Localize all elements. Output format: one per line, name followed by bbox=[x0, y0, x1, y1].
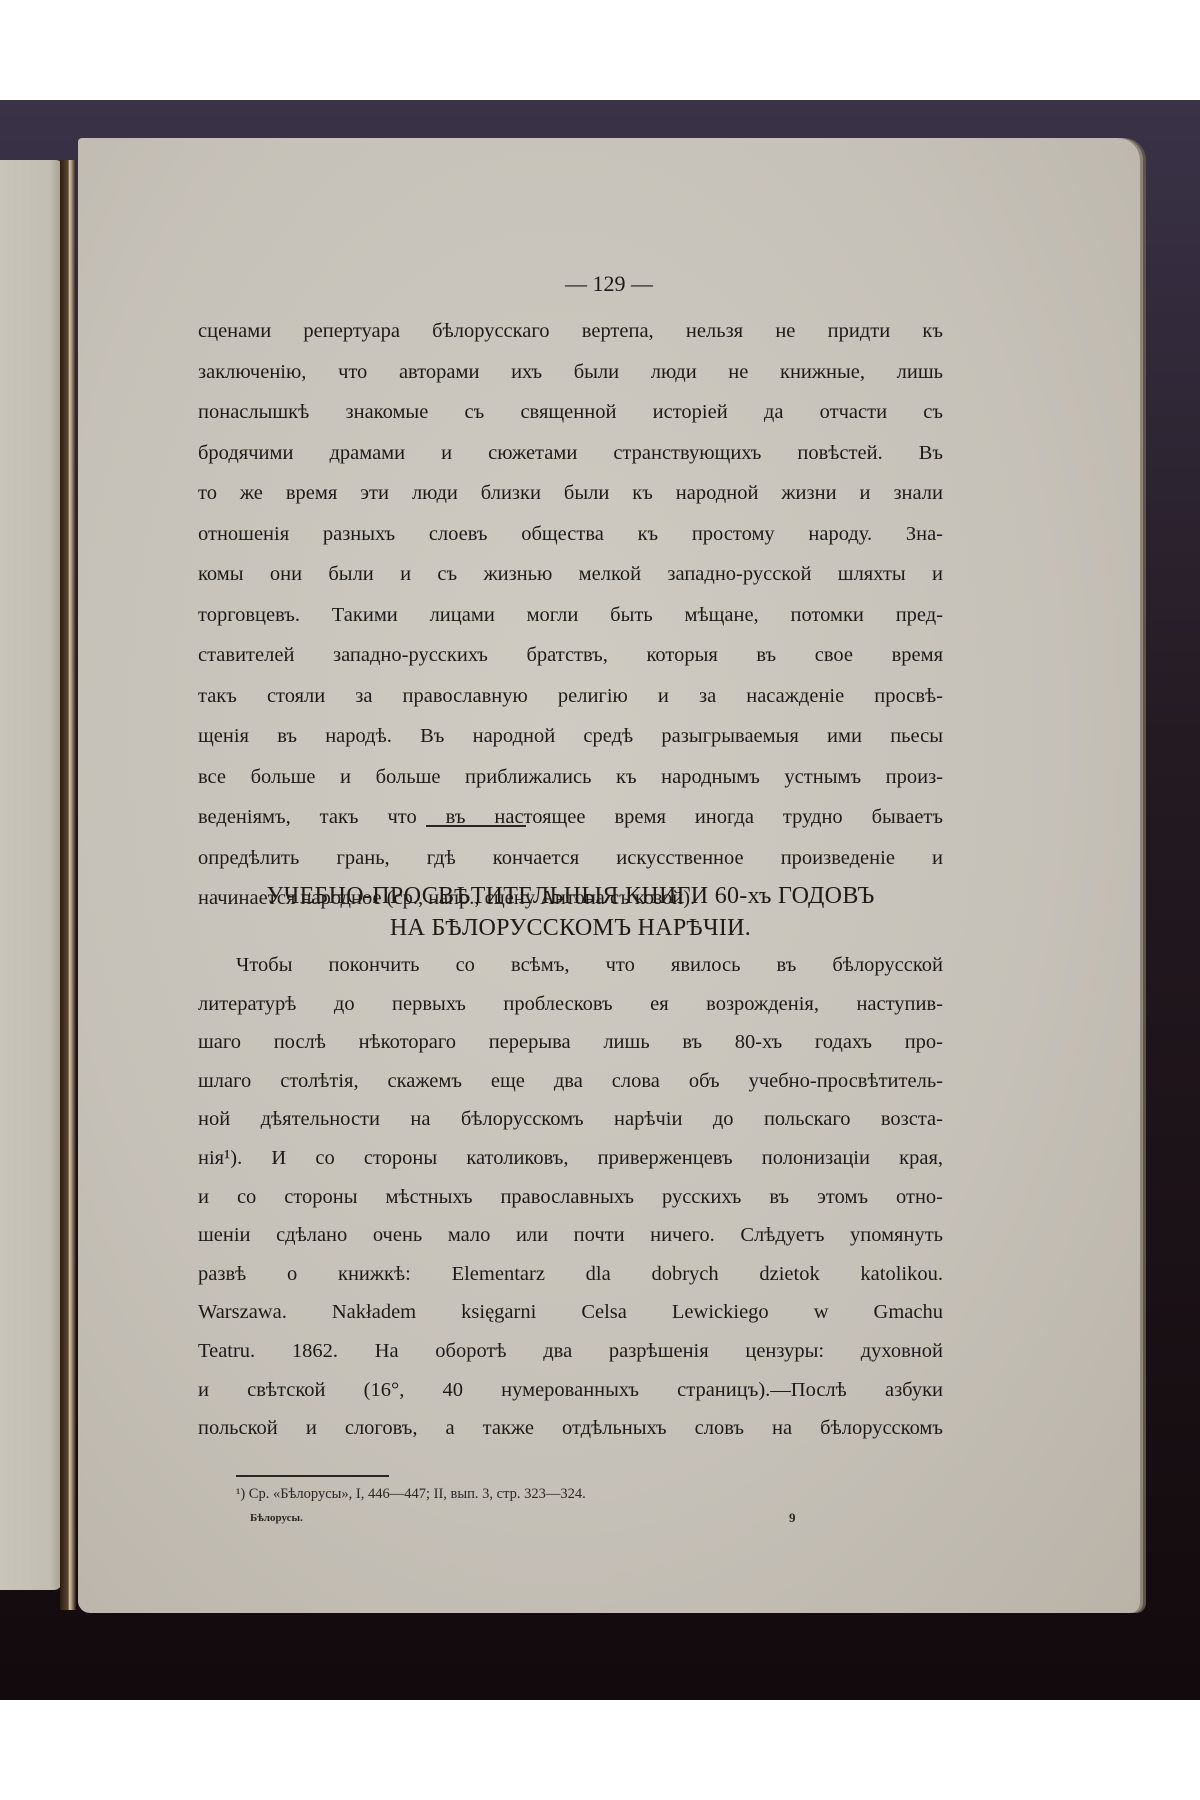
book-photo-background: — 129 — сценами репертуара бѣлорусскаго … bbox=[0, 100, 1200, 1700]
text-line: опредѣлить грань, гдѣ кончается искусств… bbox=[198, 838, 943, 879]
text-line: и свѣтской (16°, 40 нумерованныхъ страни… bbox=[198, 1371, 943, 1410]
text-line: веденіямъ, такъ что въ настоящее время и… bbox=[198, 797, 943, 838]
text-line: ной дѣятельности на бѣлорусскомъ нарѣчіи… bbox=[198, 1100, 943, 1139]
section-heading-line-2: НА БѢЛОРУССКОМЪ НАРѢЧІИ. bbox=[198, 912, 943, 944]
footnote: ¹) Ср. «Бѣлорусы», I, 446—447; II, вып. … bbox=[236, 1486, 586, 1503]
section-divider bbox=[426, 825, 526, 827]
text-line: развѣ о книжкѣ: Elementarz dla dobrych d… bbox=[198, 1255, 943, 1294]
text-line: отношенія разныхъ слоевъ общества къ про… bbox=[198, 514, 943, 555]
paragraph-1: сценами репертуара бѣлорусскаго вертепа,… bbox=[198, 311, 943, 919]
sheet-number: 9 bbox=[789, 1510, 796, 1526]
text-line: понаслышкѣ знакомые съ священной исторіе… bbox=[198, 392, 943, 433]
text-line: польской и слоговъ, а также отдѣльныхъ с… bbox=[198, 1409, 943, 1448]
text-line: комы они были и съ жизнью мелкой западно… bbox=[198, 554, 943, 595]
paragraph-2: Чтобы покончить со всѣмъ, что явилось въ… bbox=[198, 946, 943, 1448]
text-line: Warszawa. Nakładem księgarni Celsa Lewic… bbox=[198, 1293, 943, 1332]
text-line: бродячими драмами и сюжетами странствующ… bbox=[198, 433, 943, 474]
section-heading-line-1: УЧЕБНО-ПРОСВѢТИТЕЛЬНЫЯ КНИГИ 60-хъ ГОДОВ… bbox=[198, 880, 943, 912]
section-heading: УЧЕБНО-ПРОСВѢТИТЕЛЬНЫЯ КНИГИ 60-хъ ГОДОВ… bbox=[198, 880, 943, 944]
text-line: такъ стояли за православную религію и за… bbox=[198, 676, 943, 717]
footnote-divider bbox=[236, 1475, 389, 1477]
text-line: шлаго столѣтія, скажемъ еще два слова об… bbox=[198, 1062, 943, 1101]
text-line: нія¹). И со стороны католиковъ, приверже… bbox=[198, 1139, 943, 1178]
text-line: литературѣ до первыхъ проблесковъ ея воз… bbox=[198, 985, 943, 1024]
page-number: — 129 — bbox=[78, 271, 1140, 297]
text-line: заключенію, что авторами ихъ были люди н… bbox=[198, 352, 943, 393]
text-line: Teatru. 1862. На оборотѣ два разрѣшенія … bbox=[198, 1332, 943, 1371]
signature-mark: Бѣлорусы. bbox=[250, 1512, 303, 1524]
text-line: то же время эти люди близки были къ наро… bbox=[198, 473, 943, 514]
text-line: щенія въ народѣ. Въ народной средѣ разыг… bbox=[198, 716, 943, 757]
text-line: сценами репертуара бѣлорусскаго вертепа,… bbox=[198, 311, 943, 352]
text-line: все больше и больше приближались къ наро… bbox=[198, 757, 943, 798]
text-line: шаго послѣ нѣкотораго перерыва лишь въ 8… bbox=[198, 1023, 943, 1062]
text-line: и со стороны мѣстныхъ православныхъ русс… bbox=[198, 1178, 943, 1217]
text-line: шеніи сдѣлано очень мало или почти ничег… bbox=[198, 1216, 943, 1255]
text-line: ставителей западно-русскихъ братствъ, ко… bbox=[198, 635, 943, 676]
left-page-edge bbox=[0, 160, 62, 1590]
right-page: — 129 — сценами репертуара бѣлорусскаго … bbox=[78, 138, 1140, 1613]
book-spine-gap bbox=[60, 160, 76, 1610]
text-line: торговцевъ. Такими лицами могли быть мѣщ… bbox=[198, 595, 943, 636]
text-line: Чтобы покончить со всѣмъ, что явилось въ… bbox=[198, 946, 943, 985]
